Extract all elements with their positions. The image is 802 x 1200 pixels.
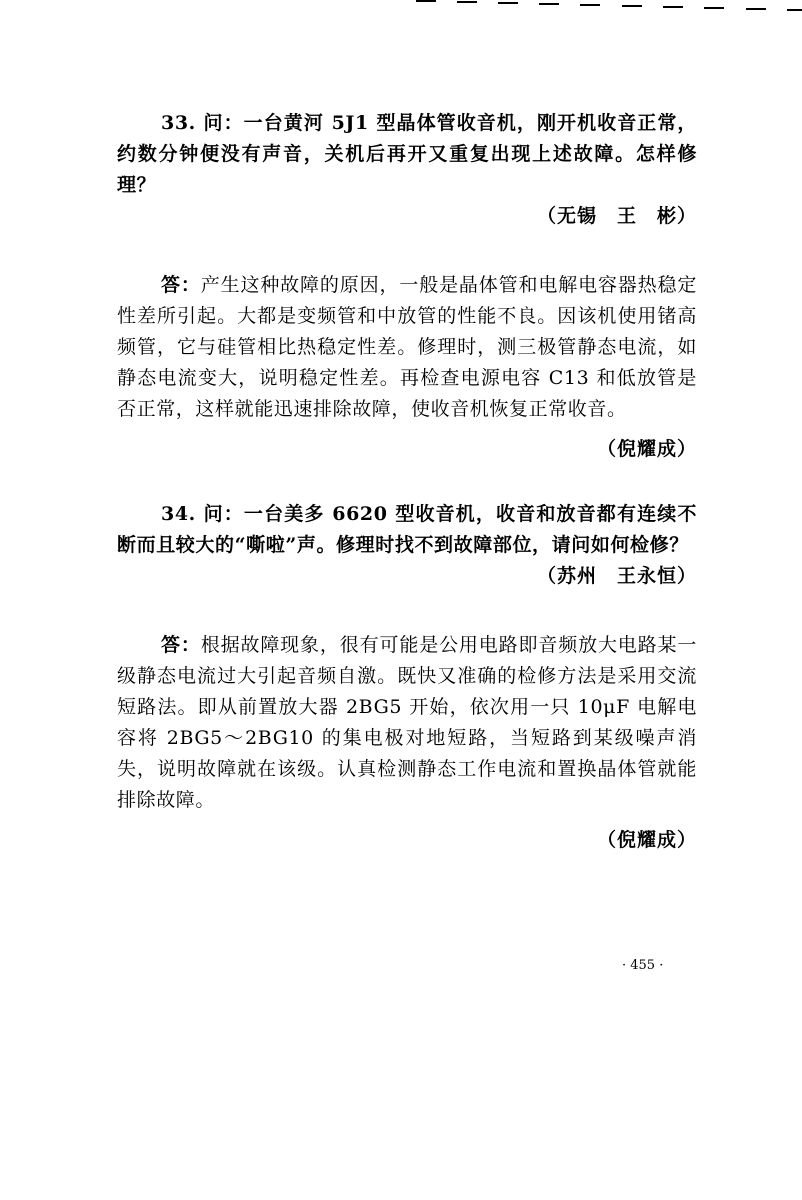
qa-entry-34: 34. 问：一台美多 6620 型收音机，收音和放音都有连续不断而且较大的“嘶啦… xyxy=(117,499,697,856)
answer-lead: 答： xyxy=(161,274,201,296)
page-body: 33. 问：一台黄河 5J1 型晶体管收音机，刚开机收音正常，约数分钟便没有声音… xyxy=(117,108,697,856)
question-byline: （无锡 王 彬） xyxy=(117,201,697,232)
answer-body: 产生这种故障的原因，一般是晶体管和电解电容器热稳定性差所引起。大都是变频管和中放… xyxy=(117,274,697,420)
page-number: · 455 · xyxy=(622,958,663,973)
answer-byline: （倪耀成） xyxy=(117,434,697,465)
question-text: 33. 问：一台黄河 5J1 型晶体管收音机，刚开机收音正常，约数分钟便没有声音… xyxy=(117,108,697,201)
qa-entry-33: 33. 问：一台黄河 5J1 型晶体管收音机，刚开机收音正常，约数分钟便没有声音… xyxy=(117,108,697,465)
answer-text: 答：根据故障现象，很有可能是公用电路即音频放大电路某一级静态电流过大引起音频自激… xyxy=(117,630,697,816)
answer-byline: （倪耀成） xyxy=(117,825,697,856)
question-byline: （苏州 王永恒） xyxy=(117,561,697,592)
answer-body: 根据故障现象，很有可能是公用电路即音频放大电路某一级静态电流过大引起音频自激。既… xyxy=(117,634,697,811)
header-dashed-rule xyxy=(410,0,802,12)
answer-lead: 答： xyxy=(161,634,201,656)
question-text: 34. 问：一台美多 6620 型收音机，收音和放音都有连续不断而且较大的“嘶啦… xyxy=(117,499,697,561)
answer-text: 答：产生这种故障的原因，一般是晶体管和电解电容器热稳定性差所引起。大都是变频管和… xyxy=(117,270,697,425)
